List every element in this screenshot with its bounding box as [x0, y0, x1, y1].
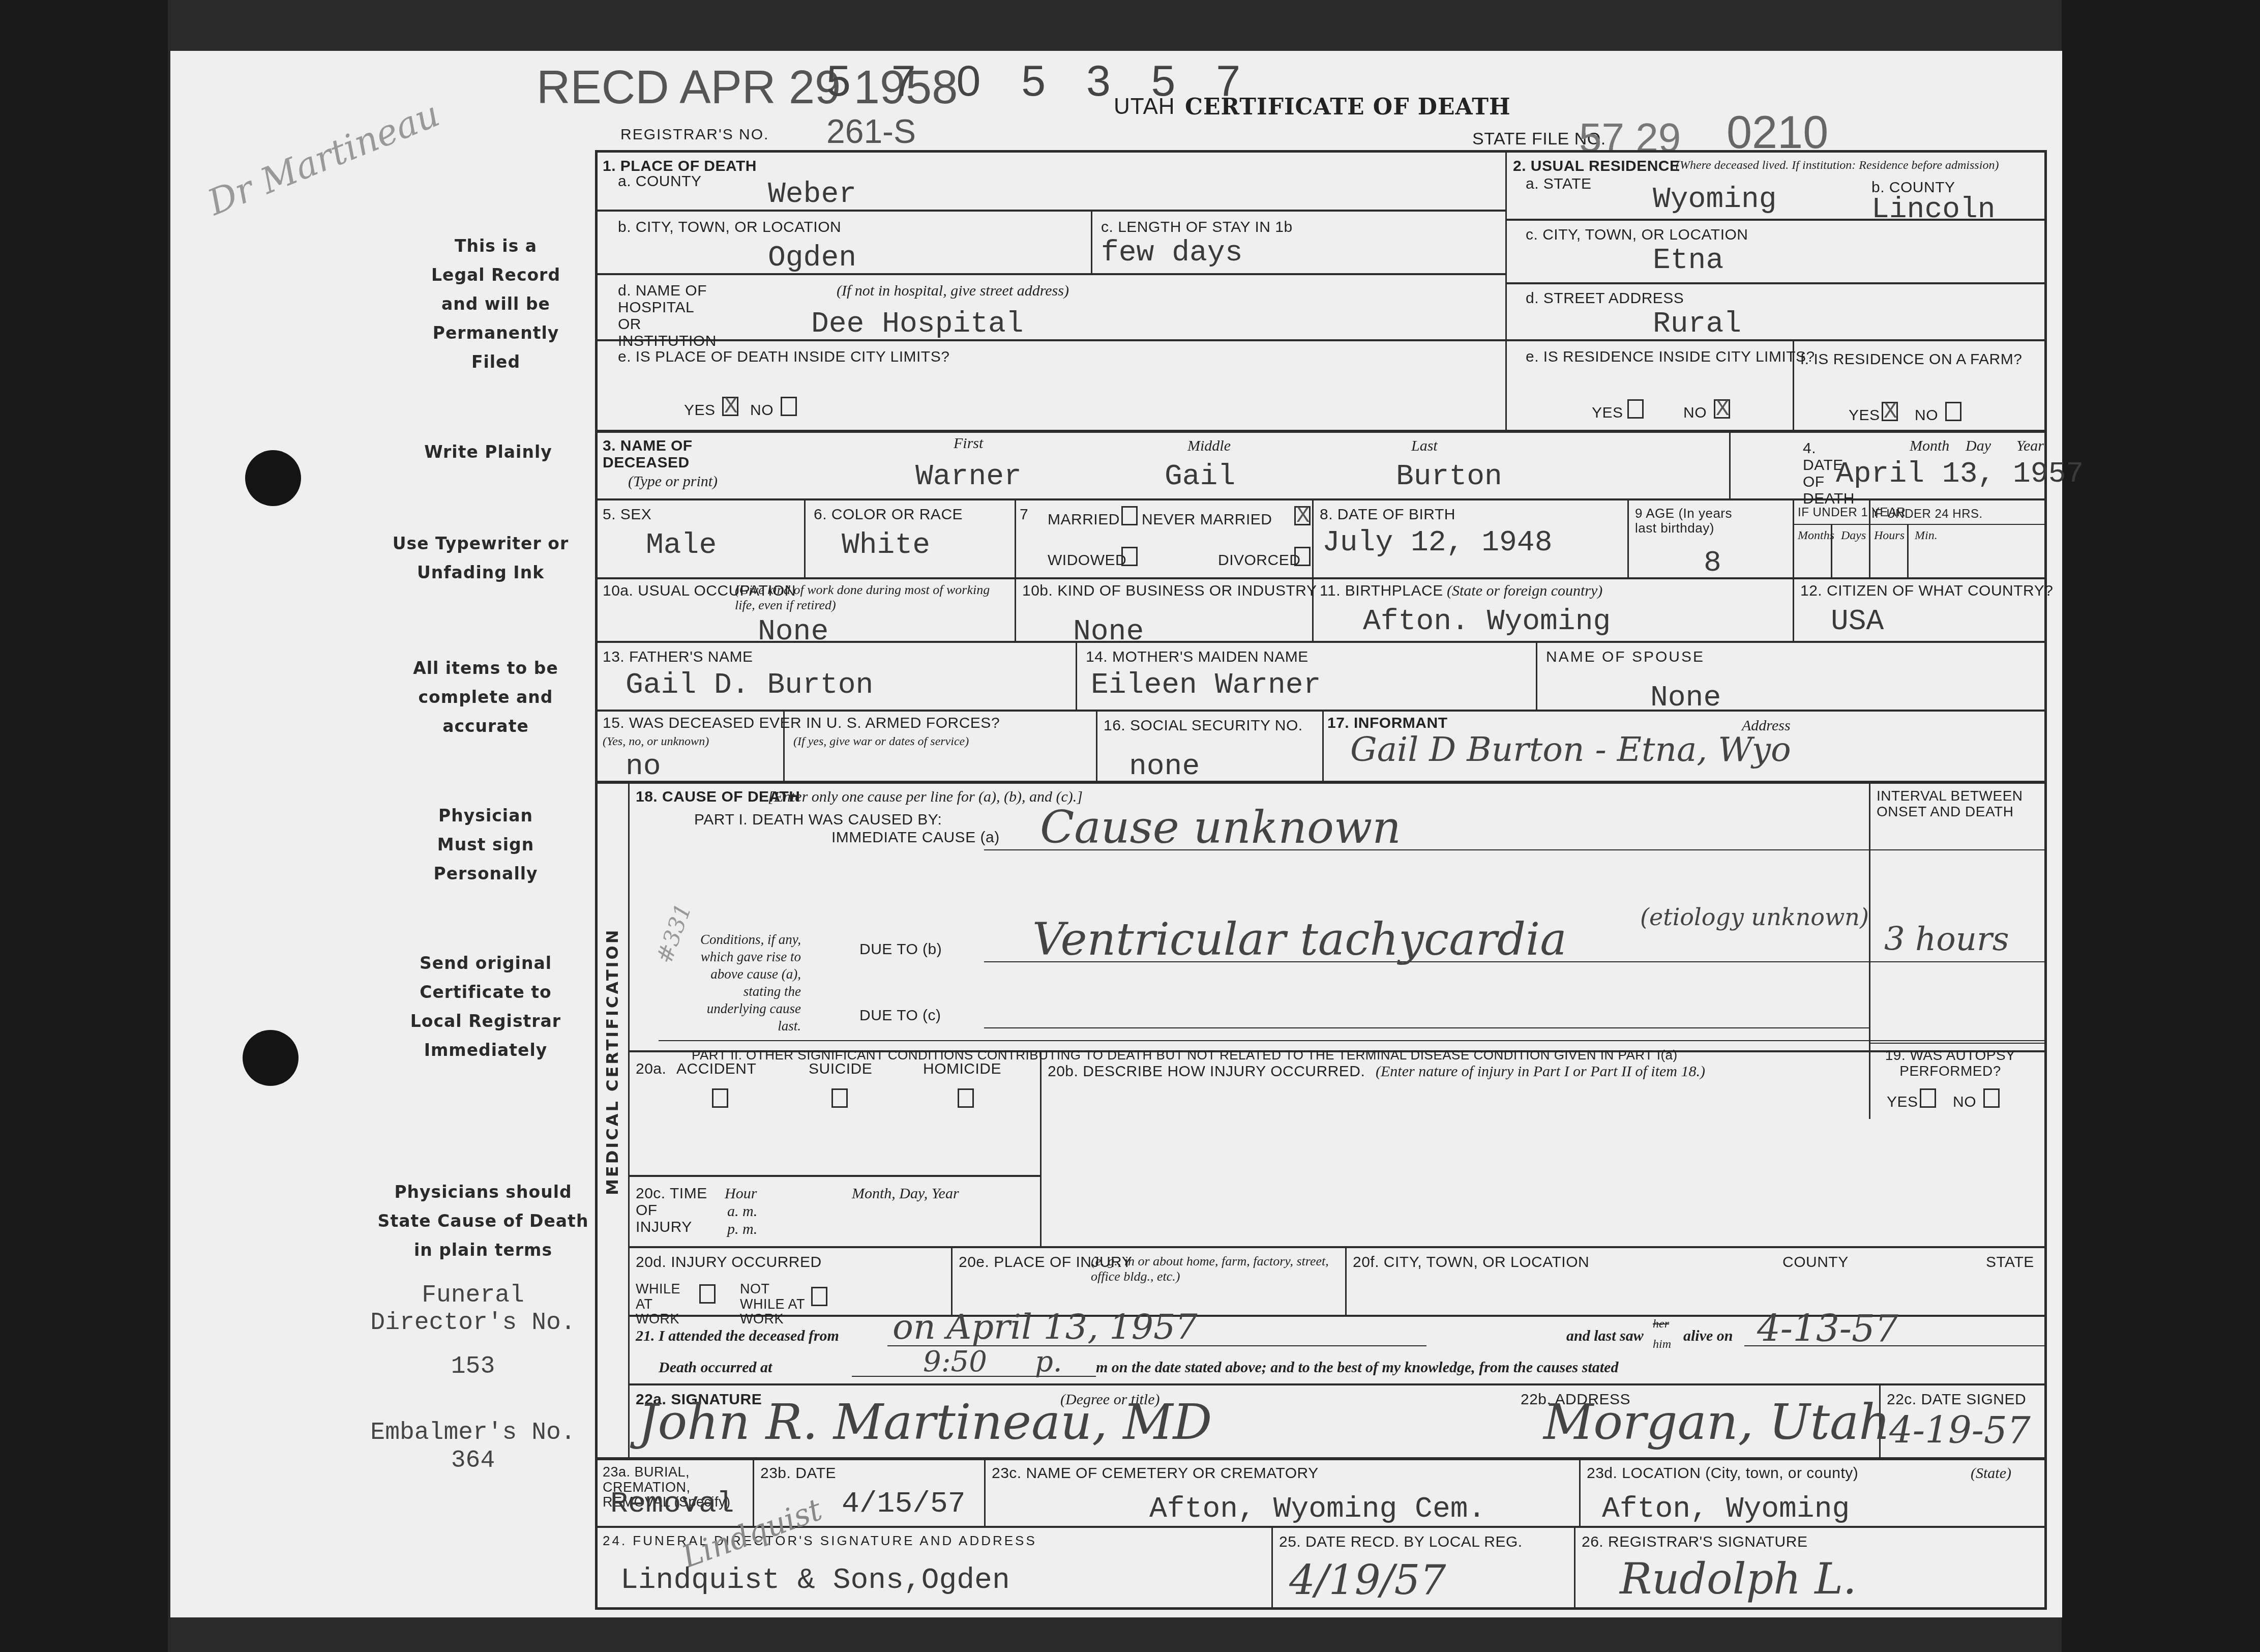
attended-from-field[interactable]: on April 13, 1957	[893, 1307, 1197, 1347]
physician-address-field[interactable]: Morgan, Utah	[1543, 1394, 1890, 1451]
hospital-field[interactable]: Dee Hospital	[811, 308, 1024, 341]
month-day-year-label: Month, Day, Year	[852, 1185, 959, 1202]
min-label: Min.	[1915, 529, 1938, 543]
disposition-state-label: (State)	[1971, 1465, 2011, 1482]
margin-instruction-send-original: Send original Certificate to Local Regis…	[404, 949, 567, 1065]
funeral-director-field[interactable]: Lindquist & Sons,Ogden	[620, 1564, 1010, 1597]
punch-hole-icon	[243, 1030, 299, 1086]
widowed-label: WIDOWED	[1048, 552, 1126, 569]
divider	[595, 210, 1505, 212]
attended-label: 21. I attended the deceased from	[636, 1327, 839, 1345]
yes-label: YES	[1592, 404, 1623, 421]
divider	[1869, 1043, 2047, 1044]
pronoun-him: him	[1653, 1338, 1671, 1351]
months-label: Months	[1798, 529, 1834, 543]
autopsy-yes-checkbox[interactable]	[1920, 1088, 1936, 1108]
autopsy-no-label: NO	[1953, 1094, 1976, 1110]
last-saw-label: and last saw	[1566, 1327, 1644, 1345]
armed-forces-label: 15. WAS DECEASED EVER IN U. S. ARMED FOR…	[603, 715, 1000, 731]
date-signed-label: 22c. DATE SIGNED	[1887, 1391, 2026, 1408]
dob-label: 8. DATE OF BIRTH	[1320, 506, 1455, 523]
date-recd-label: 25. DATE RECD. BY LOCAL REG.	[1279, 1533, 1523, 1550]
divider	[628, 1175, 1040, 1177]
accident-checkbox[interactable]	[712, 1088, 728, 1108]
city-label: b. CITY, TOWN, OR LOCATION	[618, 219, 841, 235]
place-of-death-label: 1. PLACE OF DEATH	[603, 158, 757, 174]
state-label: UTAH	[1114, 94, 1175, 120]
location-label: 23d. LOCATION (City, town, or county)	[1587, 1465, 1858, 1482]
cemetery-label: 23c. NAME OF CEMETERY OR CREMATORY	[992, 1465, 1319, 1482]
injury-state-label: STATE	[1986, 1254, 2034, 1271]
street-address-field[interactable]: Rural	[1653, 308, 1741, 341]
death-inside-limits-label: e. IS PLACE OF DEATH INSIDE CITY LIMITS?	[618, 348, 949, 365]
middle-name-field[interactable]: Gail	[1165, 460, 1235, 493]
injury-city-label: 20f. CITY, TOWN, OR LOCATION	[1353, 1254, 1589, 1271]
divider	[1869, 849, 2047, 850]
location-field[interactable]: Afton, Wyoming	[1602, 1493, 1850, 1526]
part1-label: PART I. DEATH WAS CAUSED BY:	[694, 811, 942, 828]
divider	[1627, 498, 1629, 577]
married-label: MARRIED	[1048, 511, 1120, 528]
armed-forces-hint-1: (Yes, no, or unknown)	[603, 735, 709, 749]
describe-injury-hint: (Enter nature of injury in Part I or Par…	[1376, 1063, 1705, 1080]
citizen-field[interactable]: USA	[1831, 605, 1884, 638]
autopsy-label: 19. WAS AUTOPSY PERFORMED?	[1874, 1048, 2027, 1079]
dob-field[interactable]: July 12, 1948	[1322, 526, 1552, 559]
informant-label: 17. INFORMANT	[1327, 715, 1448, 731]
birthplace-label: 11. BIRTHPLACE	[1320, 582, 1443, 599]
length-of-stay-label: c. LENGTH OF STAY IN 1b	[1101, 219, 1293, 235]
death-city-field[interactable]: Ogden	[768, 242, 856, 275]
divider	[1040, 1050, 1042, 1246]
immediate-cause-label: IMMEDIATE CAUSE (a)	[831, 829, 1000, 846]
days-label: Days	[1841, 529, 1866, 543]
residence-inside-limits-no-checkbox[interactable]	[1714, 399, 1730, 419]
divider	[1505, 150, 1507, 430]
never-married-label: NEVER MARRIED	[1142, 511, 1272, 528]
registrars-no-value: 261-S	[826, 112, 916, 151]
length-of-stay-field[interactable]: few days	[1101, 237, 1242, 270]
divider	[1312, 498, 1314, 641]
cemetery-field[interactable]: Afton, Wyoming Cem.	[1149, 1493, 1485, 1526]
due-to-b-field[interactable]: Ventricular tachycardia	[1032, 913, 1567, 965]
divider	[1076, 641, 1077, 710]
funeral-director-no: 153	[364, 1353, 582, 1380]
death-county-field[interactable]: Weber	[768, 178, 856, 211]
registrars-no-label: REGISTRAR'S NO.	[620, 126, 769, 143]
scan-border-left	[0, 0, 168, 1652]
death-occurred-suffix: m on the date stated above; and to the b…	[1096, 1359, 1618, 1376]
first-name-label: First	[954, 435, 983, 452]
date-recd-field[interactable]: 4/19/57	[1289, 1556, 1446, 1604]
divider	[1345, 1246, 1347, 1315]
funeral-director-label: 24. FUNERAL DIRECTOR'S SIGNATURE AND ADD…	[603, 1533, 1037, 1548]
death-occurred-at-label: Death occurred at	[659, 1359, 772, 1376]
day-label: Day	[1966, 437, 1991, 455]
punch-hole-icon	[245, 450, 301, 506]
ampm-field[interactable]: p.	[1035, 1345, 1062, 1378]
divider	[595, 577, 2047, 579]
while-at-work-checkbox[interactable]	[699, 1284, 716, 1304]
county-label: a. COUNTY	[618, 173, 702, 190]
burial-date-field[interactable]: 4/15/57	[842, 1488, 966, 1521]
divider	[1729, 430, 1731, 498]
death-inside-limits-yes-checkbox[interactable]	[722, 397, 738, 416]
age-label: 9 AGE (In years last birthday)	[1635, 506, 1737, 535]
divider	[984, 1457, 986, 1526]
race-field[interactable]: White	[842, 529, 930, 562]
middle-name-label: Middle	[1187, 437, 1231, 455]
conditions-hint: Conditions, if any, which gave rise to a…	[694, 931, 801, 1035]
birthplace-hint: (State or foreign country)	[1447, 582, 1602, 600]
alive-on-label: alive on	[1683, 1327, 1733, 1345]
age-field[interactable]: 8	[1704, 547, 1721, 580]
time-of-injury-label: 20c. TIME OF INJURY	[636, 1185, 712, 1235]
homicide-checkbox[interactable]	[958, 1088, 974, 1108]
divider	[1505, 282, 2047, 284]
armed-forces-hint-2: (If yes, give war or dates of service)	[793, 735, 969, 749]
spouse-label: NAME OF SPOUSE	[1546, 648, 1705, 665]
armed-forces-field[interactable]: no	[626, 750, 661, 783]
not-while-at-work-checkbox[interactable]	[811, 1287, 827, 1306]
divider	[1907, 524, 1909, 577]
autopsy-no-checkbox[interactable]	[1983, 1088, 2000, 1108]
date-signed-field[interactable]: 4-19-57	[1889, 1409, 2031, 1452]
hospital-label: d. NAME OF HOSPITAL OR INSTITUTION	[618, 282, 720, 349]
certificate-page: Dr Martineau RECD APR 29 1958 5 7 0 5 3 …	[170, 51, 2062, 1617]
spouse-field[interactable]: None	[1650, 682, 1721, 715]
ssn-label: 16. SOCIAL SECURITY NO.	[1104, 717, 1303, 734]
certificate-title: CERTIFICATE OF DEATH	[1185, 94, 1510, 120]
divider	[984, 1027, 1869, 1028]
interval-field[interactable]: 3 hours	[1884, 921, 2009, 958]
divider	[804, 498, 806, 577]
residence-state-label: a. STATE	[1526, 175, 1592, 192]
divider	[1869, 498, 1870, 577]
divorced-label: DIVORCED	[1218, 552, 1300, 569]
hour-label: Hour	[725, 1185, 757, 1202]
residence-city-label: c. CITY, TOWN, OR LOCATION	[1526, 226, 1748, 243]
divider	[595, 1457, 2047, 1460]
mother-field[interactable]: Eileen Warner	[1091, 669, 1321, 702]
residence-city-field[interactable]: Etna	[1653, 244, 1723, 277]
margin-pencil-note: Dr Martineau	[202, 93, 445, 224]
ssn-field[interactable]: none	[1129, 750, 1200, 783]
embalmer-no-label: Embalmer's No.	[364, 1419, 582, 1447]
mother-label: 14. MOTHER'S MAIDEN NAME	[1086, 648, 1309, 665]
business-label: 10b. KIND OF BUSINESS OR INDUSTRY	[1022, 582, 1317, 599]
sex-label: 5. SEX	[603, 506, 651, 523]
date-of-death-field[interactable]: April 13, 1957	[1836, 458, 2084, 491]
deceased-name-label: 3. NAME OF DECEASED	[603, 437, 694, 471]
margin-instruction-complete: All items to be complete and accurate	[409, 654, 562, 741]
divider	[1869, 781, 1870, 1119]
scan-border-right	[2062, 0, 2260, 1652]
due-to-b-note: (etiology unknown)	[1640, 903, 1793, 931]
death-time-field[interactable]: 9:50	[923, 1345, 987, 1378]
divider	[1091, 210, 1092, 273]
suicide-checkbox[interactable]	[831, 1088, 848, 1108]
physician-signature[interactable]: John R. Martineau, MD	[638, 1394, 1212, 1451]
funeral-director-no-label: Funeral Director's No.	[364, 1282, 582, 1337]
pronoun-her-struck: her	[1653, 1317, 1669, 1331]
business-field[interactable]: None	[1073, 615, 1144, 648]
divider	[628, 1246, 2047, 1248]
year-label: Year	[2016, 437, 2044, 455]
burial-date-label: 23b. DATE	[760, 1465, 836, 1482]
margin-instruction-typewriter: Use Typewriter or Unfading Ink	[389, 529, 572, 587]
am-label: a. m.	[727, 1203, 757, 1220]
registrar-signature[interactable]: Rudolph L.	[1620, 1554, 1857, 1604]
birthplace-field[interactable]: Afton. Wyoming	[1363, 605, 1611, 638]
farm-label: f. IS RESIDENCE ON A FARM?	[1800, 351, 2022, 368]
margin-instruction-legal: This is a Legal Record and will be Perma…	[425, 231, 567, 376]
divorced-checkbox[interactable]	[1294, 547, 1311, 566]
never-married-checkbox[interactable]	[1294, 506, 1311, 525]
injury-county-label: COUNTY	[1782, 1254, 1849, 1271]
hours-label: Hours	[1874, 529, 1905, 543]
hospital-hint: (If not in hospital, give street address…	[837, 282, 1069, 300]
race-label: 6. COLOR OR RACE	[814, 506, 963, 523]
due-to-b-label: DUE TO (b)	[859, 941, 942, 958]
interval-label: INTERVAL BETWEEN ONSET AND DEATH	[1877, 788, 2039, 820]
due-to-c-label: DUE TO (c)	[859, 1007, 941, 1024]
father-field[interactable]: Gail D. Burton	[626, 669, 873, 702]
divider	[659, 1040, 2047, 1041]
divider	[595, 781, 2047, 784]
medical-certification-label: MEDICAL CERTIFICATION	[603, 928, 622, 1195]
divider	[951, 1246, 953, 1315]
name-hint: (Type or print)	[628, 473, 718, 490]
margin-instruction-physician-sign: Physician Must sign Personally	[420, 801, 552, 888]
pm-label: p. m.	[727, 1221, 757, 1238]
divider	[1793, 498, 1794, 641]
usual-residence-hint: (Where deceased lived. If institution: R…	[1676, 159, 1999, 172]
cause-of-death-hint: [Enter only one cause per line for (a), …	[768, 788, 1083, 806]
no-label: NO	[1683, 404, 1707, 421]
divider	[1869, 961, 2047, 962]
place-of-injury-hint: (e. g., in or about home, farm, factory,…	[1091, 1254, 1335, 1284]
homicide-label: HOMICIDE	[923, 1060, 1001, 1077]
citizen-label: 12. CITIZEN OF WHAT COUNTRY?	[1800, 582, 2053, 599]
divider	[595, 273, 1505, 275]
residence-state-field[interactable]: Wyoming	[1653, 183, 1777, 216]
divider	[1271, 1526, 1273, 1610]
last-name-label: Last	[1411, 437, 1438, 455]
last-name-field[interactable]: Burton	[1396, 460, 1502, 493]
margin-instruction-write-plainly: Write Plainly	[404, 437, 572, 466]
alive-on-field[interactable]: 4-13-57	[1757, 1307, 1898, 1350]
sex-field[interactable]: Male	[646, 529, 717, 562]
suicide-label: SUICIDE	[809, 1060, 872, 1077]
divider	[628, 1383, 2047, 1385]
residence-inside-limits-label: e. IS RESIDENCE INSIDE CITY LIMITS?	[1526, 348, 1815, 365]
divider	[1536, 641, 1537, 710]
while-at-work-label: WHILE AT WORK	[636, 1282, 692, 1327]
divider	[1574, 1526, 1575, 1610]
divider	[1579, 1457, 1581, 1526]
divider	[595, 430, 2047, 433]
street-address-label: d. STREET ADDRESS	[1526, 290, 1684, 307]
under-24-hrs-label: IF UNDER 24 HRS.	[1871, 508, 1983, 521]
accident-label: ACCIDENT	[676, 1060, 756, 1077]
yes-label: YES	[684, 402, 716, 419]
divider	[628, 781, 630, 1457]
no-label: NO	[750, 402, 774, 419]
informant-signature[interactable]: Gail D Burton - Etna, Wyo	[1350, 730, 1791, 769]
margin-instruction-cause-plain: Physicians should State Cause of Death i…	[374, 1177, 592, 1264]
residence-inside-limits-yes-checkbox[interactable]	[1627, 399, 1644, 419]
registrar-signature-label: 26. REGISTRAR'S SIGNATURE	[1582, 1533, 1807, 1550]
form-frame	[595, 150, 2047, 1610]
farm-no-checkbox[interactable]	[1945, 402, 1961, 421]
no-label: NO	[1915, 407, 1938, 424]
embalmer-no: 364	[364, 1447, 582, 1474]
farm-yes-checkbox[interactable]	[1882, 402, 1898, 421]
injury-type-label: 20a.	[636, 1060, 666, 1077]
yes-label: YES	[1849, 407, 1880, 424]
occupation-field[interactable]: None	[758, 615, 828, 648]
divider	[1015, 498, 1016, 641]
month-label: Month	[1910, 437, 1949, 455]
not-while-at-work-label: NOT WHILE AT WORK	[740, 1282, 806, 1327]
death-inside-limits-no-checkbox[interactable]	[781, 397, 797, 416]
usual-residence-label: 2. USUAL RESIDENCE	[1513, 158, 1680, 174]
divider	[595, 710, 2047, 712]
residence-county-field[interactable]: Lincoln	[1871, 193, 1996, 226]
married-checkbox[interactable]	[1121, 506, 1138, 525]
father-label: 13. FATHER'S NAME	[603, 648, 753, 665]
burial-field[interactable]: Removal	[610, 1488, 734, 1521]
occupation-hint: (Give kind of work done during most of w…	[735, 582, 1009, 613]
autopsy-yes-label: YES	[1887, 1094, 1918, 1110]
first-name-field[interactable]: Warner	[915, 460, 1022, 493]
injury-occurred-label: 20d. INJURY OCCURRED	[636, 1254, 822, 1271]
divider	[1096, 710, 1097, 781]
describe-injury-label: 20b. DESCRIBE HOW INJURY OCCURRED.	[1048, 1063, 1365, 1080]
marital-label: 7	[1020, 506, 1028, 523]
widowed-checkbox[interactable]	[1121, 547, 1138, 566]
immediate-cause-field[interactable]: Cause unknown	[1040, 801, 1401, 853]
divider	[1322, 710, 1324, 781]
